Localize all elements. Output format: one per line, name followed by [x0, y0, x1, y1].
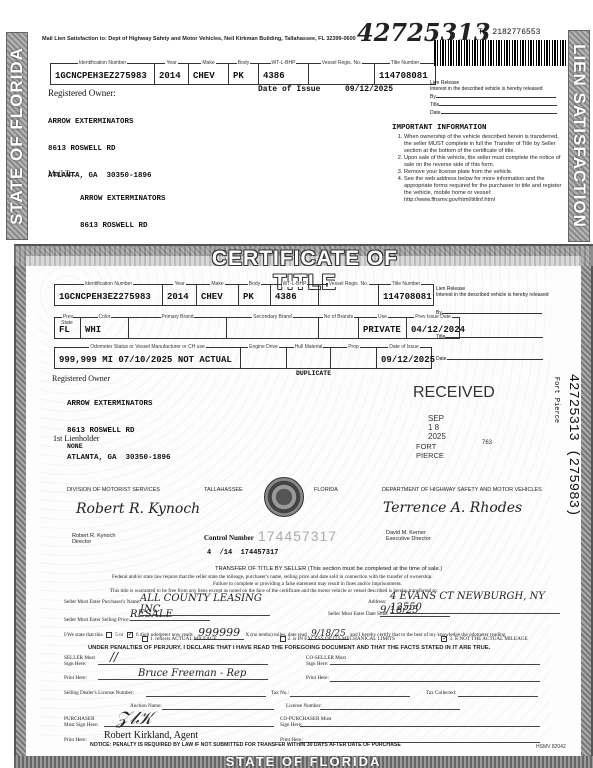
cert-field-hull-material: Hull Material	[286, 347, 330, 369]
stub-date-of-issue-label: Date of Issue	[258, 85, 320, 94]
stub-lien-title[interactable]: Title	[430, 102, 565, 108]
date-sold-field[interactable]: 9/18/25	[380, 605, 450, 617]
cert-field-no-of-brands: No of Brands	[318, 317, 358, 339]
selling-price-label: Seller Must Enter Selling Price:	[64, 617, 130, 623]
important-information: IMPORTANT INFORMATION When ownership of …	[392, 124, 567, 204]
five-digit-checkbox[interactable]	[106, 632, 112, 638]
important-item: See the web address below for more infor…	[404, 176, 567, 204]
executive-director-signature: Terrence A. Rhodes	[383, 500, 522, 516]
stub-owner-name: ARROW EXTERMINATORS	[48, 118, 152, 127]
lienholder-value: NONE	[67, 443, 83, 450]
cert-lien-release: Lien Release Interest in the described v…	[436, 286, 566, 362]
coseller-print-label: Print Here:	[306, 675, 329, 681]
tallahassee-label: TALLAHASSEE	[204, 487, 243, 493]
cert-field-use: UsePRIVATE	[358, 317, 406, 339]
cert-field-secondary-brand: Secondary Brand	[226, 317, 318, 339]
purchaser-name-label: Seller Must Enter Purchaser's Name:	[64, 599, 140, 605]
cert-field-primary-brand: Primary Brand	[128, 317, 226, 339]
cert-field-vin: Identification Number1GCNCPEH3EZ275983	[54, 284, 162, 306]
tax-no-label: Tax No.:	[271, 690, 289, 696]
control-number-label: Control Number	[204, 534, 254, 542]
stub-field-make: MakeCHEV	[188, 63, 228, 85]
stub-field-weight: WT-L-BHP4386	[258, 63, 308, 85]
stub-field-year: Year2014	[154, 63, 188, 85]
seller-print-field[interactable]: Bruce Freeman - Rep	[98, 668, 268, 680]
selling-price-field[interactable]: RESALE	[130, 609, 210, 621]
stub-date-of-issue: 09/12/2025	[345, 85, 393, 94]
director-signature: Robert R. Kynoch	[76, 501, 200, 517]
cert-field-prop: Prop	[330, 347, 376, 369]
state-of-florida-band: STATE OF FLORIDA	[6, 32, 28, 240]
cert-field-date-of-issue: Date of Issue09/12/2025	[376, 347, 432, 369]
cert-owner-address: ARROW EXTERMINATORS 8613 ROSWELL RD ATLA…	[67, 382, 171, 472]
cert-lien-date[interactable]: Date	[436, 356, 566, 362]
purchaser-print-label: Print Here:	[64, 737, 87, 743]
bottom-banner: STATE OF FLORIDA	[14, 756, 593, 768]
excess-mileage-checkbox[interactable]	[280, 636, 286, 642]
important-item: Upon sale of this vehicle, the seller mu…	[404, 155, 567, 169]
stub-field-body: BodyPK	[228, 63, 258, 85]
purchaser-signature: 𝒵𝓁𝒦	[116, 708, 152, 729]
cert-field-color: ColorWHI	[80, 317, 128, 339]
coseller-signature-field[interactable]	[330, 664, 540, 665]
seller-sign-label: SELLER Must Sign Here:	[64, 655, 98, 667]
florida-seal-icon	[264, 477, 304, 517]
lien-satisfaction-text: LIEN SATISFACTION	[569, 44, 589, 228]
not-actual-mileage-checkbox[interactable]: ✓	[441, 636, 447, 642]
seller-signature: //	[110, 650, 118, 664]
cert-field-odometer: Odometer Status or Vessel Manufacturer o…	[54, 347, 240, 369]
transfer-legal-2: Failure to complete or providing a false…	[213, 581, 402, 587]
dealer-license-field[interactable]	[146, 696, 266, 697]
seller-signature-field[interactable]	[98, 664, 268, 665]
dealer-license-label: Selling Dealer's License Number:	[64, 690, 134, 696]
tax-collected-label: Tax Collected:	[426, 690, 456, 696]
cert-field-engine-drive: Engine Drive	[240, 347, 286, 369]
important-info-list: When ownership of the vehicle described …	[392, 134, 567, 204]
cert-field-year: Year2014	[162, 284, 196, 306]
stub-lien-date[interactable]: Date	[430, 110, 565, 116]
lien-satisfaction-band: LIEN SATISFACTION	[568, 30, 590, 242]
division-label: DIVISION OF MOTORIST SERVICES	[67, 487, 160, 493]
mail-to-label: Mail To:	[48, 169, 76, 178]
stub-field-vin: Identification Number1GCNCPEH3EZ275983	[50, 63, 154, 85]
cert-lien-title[interactable]: Title	[436, 334, 566, 340]
bottom-banner-text: STATE OF FLORIDA	[14, 754, 593, 768]
mail-lien-instructions: Mail Lien Satisfaction to: Dept of Highw…	[42, 36, 356, 42]
important-item: Remove your license plate from the vehic…	[404, 169, 567, 176]
cert-field-vessel: Vessel Regis. No.	[318, 284, 378, 306]
tax-collected-field[interactable]	[458, 696, 538, 697]
duplicate-label: DUPLICATE	[296, 370, 331, 377]
purchaser-print-field[interactable]: Robert Kirkland, Agent	[104, 730, 274, 741]
stub-owner-street: 8613 ROSWELL RD	[48, 145, 152, 154]
mail-to-name: ARROW EXTERMINATORS	[80, 195, 184, 204]
cert-lien-by[interactable]: By	[436, 310, 566, 316]
transfer-heading: TRANSFER OF TITLE BY SELLER (This sectio…	[215, 566, 442, 572]
six-digit-checkbox[interactable]: ✓	[127, 632, 133, 638]
mileage-options: 1. reflects ACTUAL MILEAGE 2. is IN EXCE…	[140, 636, 528, 642]
stub-field-title-number: Title Number114708081	[374, 63, 436, 85]
florida-label: FLORIDA	[314, 487, 338, 493]
state-of-florida-text: STATE OF FLORIDA	[7, 47, 27, 225]
form-code: HSMV 82042	[536, 744, 566, 750]
license-number-field[interactable]	[320, 709, 460, 710]
coseller-print-field[interactable]	[330, 681, 540, 682]
cert-field-weight: WT-L-BHP4386	[270, 284, 318, 306]
stub-registered-owner-label: Registered Owner:	[48, 88, 116, 98]
purchaser-sign-label: PURCHASER Must Sign Here:	[64, 716, 104, 728]
cert-field-prev-state: Prev StateFL	[54, 317, 80, 339]
lienholder-label: 1st Lienholder	[53, 434, 99, 443]
barcode	[434, 40, 566, 66]
control-number-small: 4 /14 174457317	[207, 549, 278, 557]
important-info-title: IMPORTANT INFORMATION	[392, 124, 567, 132]
copurchaser-signature-field[interactable]	[300, 726, 540, 727]
executive-director-name: David M. Kerner Executive Director	[386, 530, 431, 542]
cert-field-make: MakeCHEV	[196, 284, 238, 306]
cert-field-title-number: Title Number114708081	[378, 284, 434, 306]
coseller-sign-label: CO-SELLER Must Sign Here:	[306, 655, 354, 667]
auction-name-field[interactable]	[162, 709, 274, 710]
stub-lien-by[interactable]: By	[430, 94, 565, 100]
penalty-notice: NOTICE: PENALTY IS REQUIRED BY LAW IF NO…	[90, 742, 401, 748]
cert-field-body: BodyPK	[238, 284, 270, 306]
seller-print-label: Print Here:	[64, 675, 87, 681]
license-number-label: License Number:	[286, 703, 322, 709]
mail-to-street: 8613 ROSWELL RD	[80, 222, 184, 231]
stub-lien-release: Lien Release Interest in the described v…	[430, 80, 565, 116]
important-item: When ownership of the vehicle described …	[404, 134, 567, 155]
actual-mileage-checkbox[interactable]	[142, 636, 148, 642]
tax-no-field[interactable]	[290, 696, 410, 697]
date-sold-label: Seller Must Enter Date Sold:	[328, 611, 388, 617]
perjury-statement: UNDER PENALTIES OF PERJURY, I DECLARE TH…	[88, 645, 490, 651]
control-number-large: 174457317	[258, 528, 337, 544]
director-name: Robert R. Kynoch Director	[72, 533, 115, 545]
t-number: T# 2182776553	[478, 28, 540, 37]
stub-lien-release-text: Interest in the described vehicle is her…	[430, 86, 565, 92]
stub-field-vessel: Vessel Regis. No.	[308, 63, 374, 85]
department-label: DEPARTMENT OF HIGHWAY SAFETY AND MOTOR V…	[382, 487, 542, 493]
transfer-legal-1: Federal and/or state law require that th…	[112, 574, 433, 580]
